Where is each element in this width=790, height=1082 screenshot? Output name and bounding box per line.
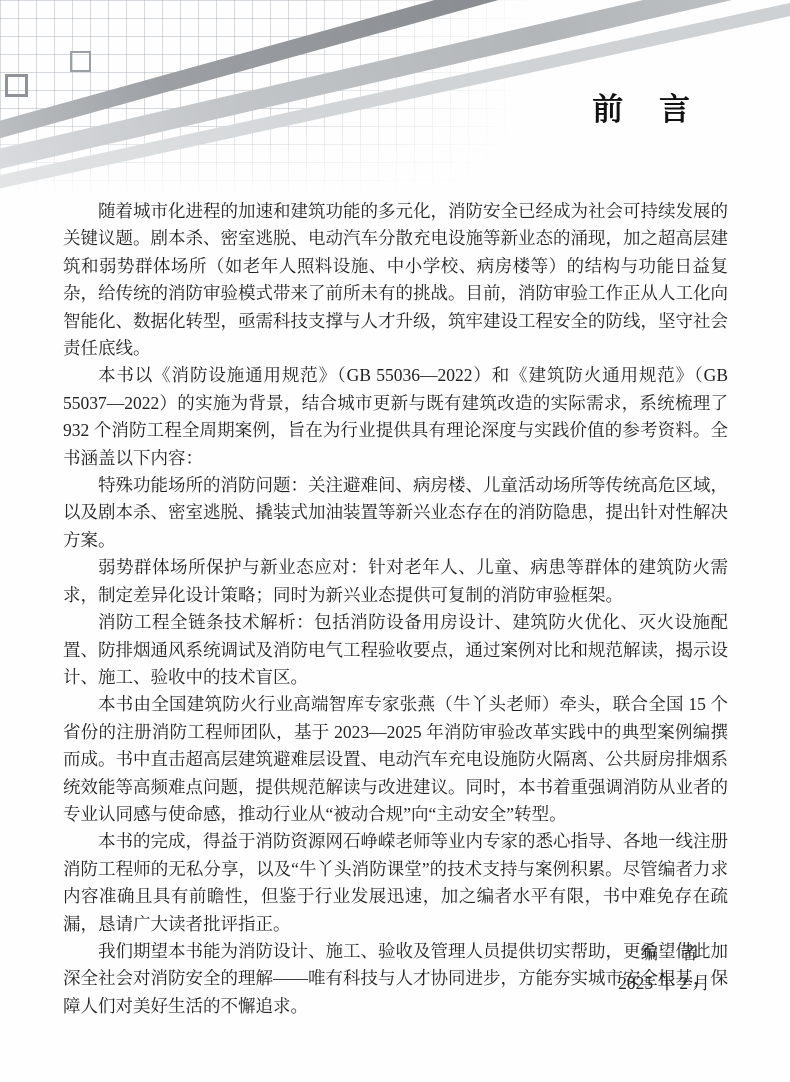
preface-paragraph: 弱势群体场所保护与新业态应对：针对老年人、儿童、病患等群体的建筑防火需求，制定差… [63, 554, 728, 609]
deco-square-icon [70, 51, 91, 72]
page-header: 前 言 [0, 0, 790, 205]
preface-paragraph: 消防工程全链条技术解析：包括消防设备用房设计、建筑防火优化、灭火设施配置、防排烟… [63, 609, 728, 691]
preface-paragraph: 本书由全国建筑防火行业高端智库专家张燕（牛丫头老师）牵头，联合全国 15 个省份… [63, 691, 728, 828]
preface-paragraph: 随着城市化进程的加速和建筑功能的多元化，消防安全已经成为社会可持续发展的关键议题… [63, 198, 728, 362]
publication-date: 2025 年 2 月 [0, 968, 710, 998]
page-title: 前 言 [0, 84, 790, 129]
author-signature: 编 者 [0, 938, 698, 968]
signature-block: 编 者 2025 年 2 月 [0, 938, 790, 998]
preface-page: 前 言 随着城市化进程的加速和建筑功能的多元化，消防安全已经成为社会可持续发展的… [0, 0, 790, 1082]
preface-body: 随着城市化进程的加速和建筑功能的多元化，消防安全已经成为社会可持续发展的关键议题… [63, 198, 728, 1020]
preface-paragraph: 本书的完成，得益于消防资源网石峥嵘老师等业内专家的悉心指导、各地一线注册消防工程… [63, 828, 728, 938]
preface-paragraph: 特殊功能场所的消防问题：关注避难间、病房楼、儿童活动场所等传统高危区域，以及剧本… [63, 472, 728, 554]
preface-paragraph: 本书以《消防设施通用规范》（GB 55036—2022）和《建筑防火通用规范》（… [63, 362, 728, 472]
